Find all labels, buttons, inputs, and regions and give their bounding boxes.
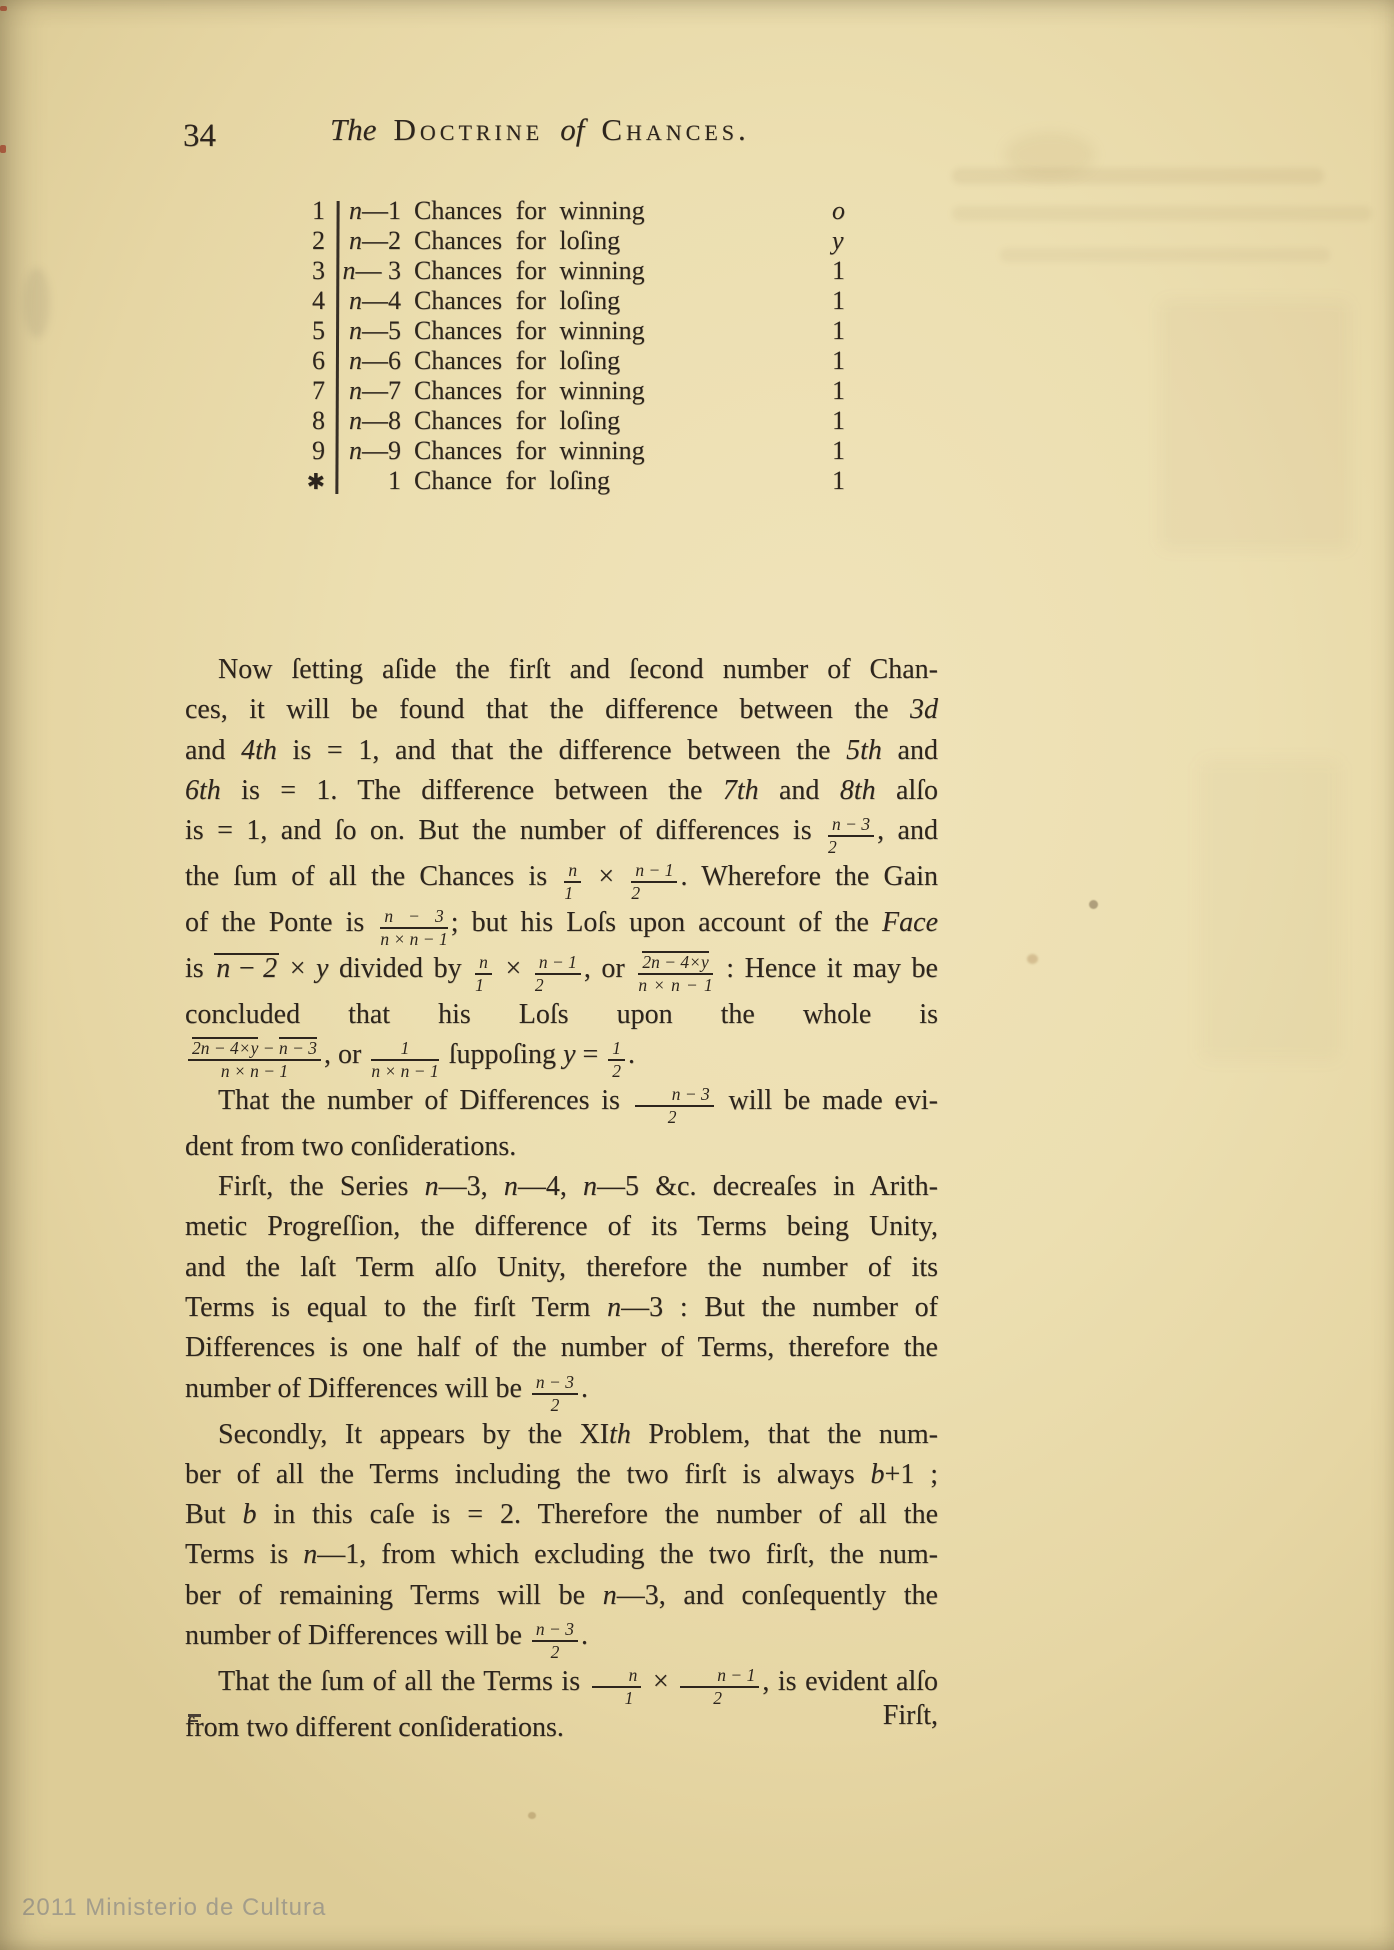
page-number: 34: [183, 118, 216, 155]
row-label: Chances for winning: [401, 376, 816, 406]
fox-spot: [1027, 954, 1038, 964]
fraction: n − 32: [828, 815, 874, 857]
italic-text: n: [504, 1171, 518, 1202]
fraction: n − 3n × n − 1: [380, 907, 447, 949]
italic-text: 6th: [185, 775, 221, 806]
italic-text: 7th: [723, 775, 759, 806]
italic-text: Face: [882, 907, 938, 938]
row-label: Chances for winning: [401, 316, 816, 346]
table-row: 8n—8Chances for loſing1: [299, 406, 899, 436]
row-label: Chances for winning: [401, 436, 816, 466]
table-row: ✱1Chance for loſing1: [299, 466, 899, 496]
text-line: That the number of Differences is n − 32…: [185, 1081, 938, 1127]
watermark: 2011 Ministerio de Cultura: [22, 1894, 326, 1922]
text-line: of the Ponte is n − 3n × n − 1; but his …: [185, 903, 938, 949]
text-line: That the ſum of all the Terms is n1 × n …: [185, 1662, 938, 1708]
red-edge-speck: [0, 6, 7, 11]
row-value: 1: [816, 256, 845, 286]
variable: n: [349, 436, 362, 465]
fraction: 1n × n − 1: [371, 1039, 438, 1081]
variable: n: [349, 226, 362, 255]
red-edge-speck: [0, 145, 6, 153]
row-value: 1: [816, 406, 845, 436]
table-row: 6n—6Chances for loſing1: [299, 346, 899, 376]
fraction: n1: [475, 953, 492, 995]
italic-text: n: [303, 1539, 317, 1570]
text-line: and 4th is = 1, and that the difference …: [185, 731, 938, 771]
italic-text: n: [603, 1580, 617, 1611]
fraction: n − 32: [532, 1620, 578, 1662]
fraction: n − 32: [635, 1085, 714, 1127]
row-value: y: [816, 226, 844, 256]
row-index: 9: [299, 436, 325, 466]
catchword: Firſt,: [883, 1696, 938, 1736]
text-line: concluded that his Loſs upon the whole i…: [185, 995, 938, 1035]
show-through-smudge: [1200, 760, 1340, 1060]
italic-text: 4th: [241, 735, 277, 766]
fraction: 2n − 4×y − n − 3n × n − 1: [188, 1037, 321, 1081]
text-line: and the laſt Term alſo Unity, therefore …: [185, 1248, 938, 1288]
show-through-smudge: [952, 168, 1324, 184]
row-label: Chances for loſing: [401, 226, 816, 256]
text-line: is = 1, and ſo on. But the number of dif…: [185, 811, 938, 857]
row-value: 1: [816, 286, 845, 316]
row-label: Chance for loſing: [401, 466, 816, 496]
italic-text: y: [316, 953, 328, 984]
italic-text: 5th: [846, 735, 882, 766]
italic-text: n: [583, 1171, 597, 1202]
table-row: 4n—4Chances for loſing1: [299, 286, 899, 316]
italic-text: n: [425, 1171, 439, 1202]
text-line: 6th is = 1. The difference between the 7…: [185, 771, 938, 811]
fraction: n − 12: [631, 861, 677, 903]
row-value: 1: [816, 346, 845, 376]
variable: n: [349, 196, 362, 225]
text-line: number of Differences will be n − 32.: [185, 1616, 938, 1662]
row-index: 6: [299, 346, 325, 376]
text-line: Terms is equal to the firſt Term n—3 : B…: [185, 1288, 938, 1328]
text-line: But b in this caſe is = 2. Therefore the…: [185, 1495, 938, 1535]
variable: n: [349, 286, 362, 315]
row-value: 1: [816, 316, 845, 346]
row-label: Chances for loſing: [401, 406, 816, 436]
book-page-scan: 34 The Doctrine of Chances. 1n—1Chances …: [0, 0, 1394, 1950]
row-index: 2: [299, 226, 325, 256]
italic-text: y: [563, 1039, 575, 1070]
fraction: n1: [592, 1666, 642, 1708]
header-word-the: The: [330, 112, 377, 148]
row-label: Chances for winning: [401, 256, 816, 286]
row-index: 7: [299, 376, 325, 406]
row-index: 1: [299, 196, 325, 226]
row-value: 1: [816, 376, 845, 406]
row-index: 4: [299, 286, 325, 316]
table-row: 9n—9Chances for winning1: [299, 436, 899, 466]
fox-spot: [528, 1812, 536, 1819]
text-line: number of Differences will be n − 32.: [185, 1369, 938, 1415]
text-line: Terms is n—1, from which excluding the t…: [185, 1535, 938, 1575]
italic-text: 8th: [840, 775, 876, 806]
text-line: Firſt, the Series n—3, n—4, n—5 &c. decr…: [185, 1167, 938, 1207]
header-word-chances: Chances.: [601, 112, 749, 148]
text-line: Now ſetting aſide the firſt and ſecond n…: [185, 650, 938, 690]
table-row: 7n—7Chances for winning1: [299, 376, 899, 406]
row-value: 1: [816, 466, 845, 496]
italic-text: 3d: [910, 694, 938, 725]
text-line: dent from two conſiderations.: [185, 1127, 938, 1167]
variable: n: [349, 346, 362, 375]
fraction: 2n − 4×yn × n − 1: [638, 951, 712, 995]
text-line: ces, it will be found that the differenc…: [185, 690, 938, 730]
variable: n: [349, 316, 362, 345]
show-through-smudge: [1000, 248, 1330, 262]
table-row: 2n—2Chances for loſingy: [299, 226, 899, 256]
text-line: from two different conſiderations.Firſt,: [185, 1708, 938, 1748]
fox-spot: [1089, 900, 1098, 909]
header-word-doctrine: Doctrine: [394, 112, 544, 148]
overlined-term: n − 2: [214, 953, 279, 984]
fraction: 12: [608, 1039, 625, 1081]
table-row: 5n—5Chances for winning1: [299, 316, 899, 346]
italic-text: th: [609, 1419, 631, 1450]
italic-text: b: [242, 1499, 256, 1530]
italic-text: b: [871, 1459, 885, 1490]
text-line: the ſum of all the Chances is n1 × n − 1…: [185, 857, 938, 903]
text-line: Differences is one half of the number of…: [185, 1328, 938, 1368]
variable: n: [349, 406, 362, 435]
text-line: ber of remaining Terms will be n—3, and …: [185, 1576, 938, 1616]
body-text: Now ſetting aſide the firſt and ſecond n…: [185, 650, 938, 1748]
row-label: Chances for winning: [401, 196, 816, 226]
text-line: Secondly, It appears by the XIth Problem…: [185, 1415, 938, 1455]
table-row: 1n—1Chances for winningo: [299, 196, 899, 226]
text-line: ber of all the Terms including the two f…: [185, 1455, 938, 1495]
fraction: n − 32: [532, 1373, 578, 1415]
italic-text: n: [607, 1292, 621, 1323]
row-label: Chances for loſing: [401, 286, 816, 316]
variable: n: [343, 256, 356, 285]
header-word-of: of: [560, 112, 584, 148]
fraction: n − 12: [680, 1666, 759, 1708]
running-header: The Doctrine of Chances.: [330, 112, 750, 148]
show-through-smudge: [952, 206, 1372, 221]
row-index: 3: [299, 256, 325, 286]
variable: n: [349, 376, 362, 405]
row-index: 5: [299, 316, 325, 346]
row-index: ✱: [299, 468, 325, 498]
fraction: n − 12: [535, 953, 581, 995]
text-line: is n − 2 × y divided by n1 × n − 12, or …: [185, 949, 938, 995]
show-through-smudge: [1160, 300, 1350, 550]
edge-smudge: [24, 268, 50, 338]
chances-table: 1n—1Chances for winningo2n—2Chances for …: [299, 196, 899, 496]
table-row: 3n— 3Chances for winning1: [299, 256, 899, 286]
row-label: Chances for loſing: [401, 346, 816, 376]
row-value: 1: [816, 436, 845, 466]
row-index: 8: [299, 406, 325, 436]
row-value: o: [816, 196, 845, 226]
text-line: metic Progreſſion, the difference of its…: [185, 1207, 938, 1247]
paper-stain: [1005, 132, 1095, 178]
fraction: n1: [564, 861, 581, 903]
text-line: 2n − 4×y − n − 3n × n − 1, or 1n × n − 1…: [185, 1035, 938, 1081]
